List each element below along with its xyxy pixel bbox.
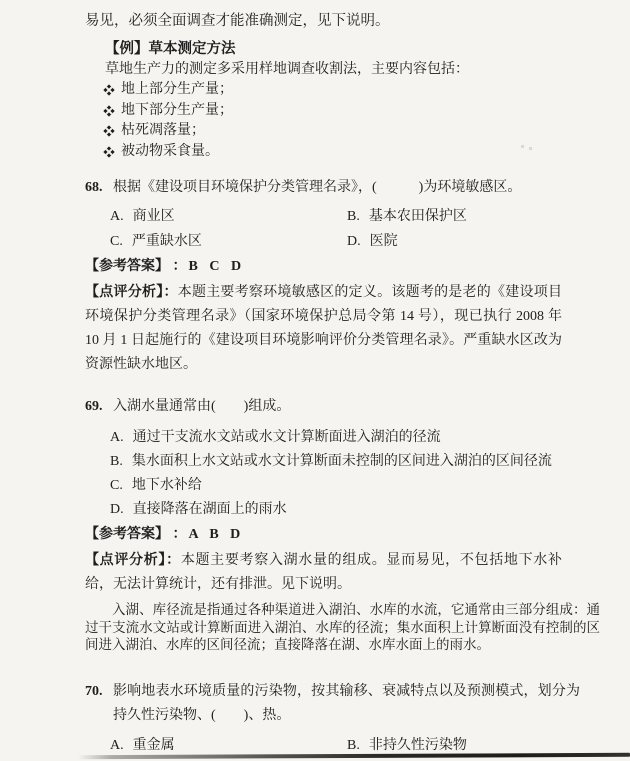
diamond-bullet-icon (103, 126, 114, 137)
analysis-paragraph: 【点评分析】：本题主要考察环境敏感区的定义。该题考的是老的《建设项目环境保护分类… (85, 281, 600, 377)
analysis-label: 【点评分析】： (85, 553, 181, 568)
diamond-bullet-icon (103, 146, 114, 157)
option-text: 重金属 (133, 736, 175, 755)
scanned-document-page: 易见，必须全面调查才能准确测定，见下说明。 【例】草本测定方法 草地生产力的测定… (0, 0, 630, 761)
option-d: D. 直接降落在湖面上的雨水 (110, 498, 600, 522)
option-text: 医院 (370, 232, 398, 251)
question-stem-text: 入湖水量通常由( )组成。 (113, 397, 600, 416)
diamond-bullet-icon (103, 105, 114, 116)
option-label: D. (347, 232, 361, 251)
question-70: 70. 影响地表水环境质量的污染物，按其输移、衰减特点以及预测模式，划分为持久性… (85, 680, 600, 755)
option-label: C. (110, 474, 123, 498)
option-text: 商业区 (133, 207, 175, 226)
bullet-item: 地上部分生产量； (105, 80, 600, 101)
question-stem: 70. 影响地表水环境质量的污染物，按其输移、衰减特点以及预测模式，划分为持久性… (85, 680, 600, 728)
bullet-text: 地上部分生产量； (121, 80, 233, 101)
question-stem: 68. 根据《建设项目环境保护分类管理名录》，( )为环境敏感区。 (85, 178, 600, 197)
option-label: B. (110, 450, 123, 474)
option-text: 严重缺水区 (132, 232, 202, 251)
scan-artifact-dots (521, 145, 535, 151)
option-b: B. 基本农田保护区 (347, 207, 600, 226)
option-text: 直接降落在湖面上的雨水 (133, 498, 287, 522)
option-a: A. 重金属 (110, 736, 347, 755)
diamond-bullet-icon (103, 85, 114, 96)
answer-value: A B D (189, 527, 245, 542)
options-grid: A. 商业区 B. 基本农田保护区 C. 严重缺水区 D. 医院 (110, 207, 600, 251)
option-c: C. 地下水补给 (110, 474, 600, 498)
answer-value: B C D (189, 259, 246, 274)
question-number: 69. (85, 397, 113, 416)
document-content: 易见，必须全面调查才能准确测定，见下说明。 【例】草本测定方法 草地生产力的测定… (0, 0, 630, 761)
note-paragraph: 入湖、库径流是指通过各种渠道进入湖泊、水库的水流，它通常由三部分组成：通过干支流… (85, 601, 600, 654)
question-stem: 69. 入湖水量通常由( )组成。 (85, 397, 600, 416)
answer-line: 【参考答案】 ：B C D (85, 257, 600, 276)
answer-line: 【参考答案】 ：A B D (85, 525, 600, 544)
option-label: A. (110, 207, 124, 226)
option-label: A. (110, 426, 124, 450)
example-block: 【例】草本测定方法 草地生产力的测定多采用样地调查收割法，主要内容包括： 地上部… (105, 39, 600, 162)
question-69: 69. 入湖水量通常由( )组成。 A. 通过干支流水文站或水文计算断面进入湖泊… (85, 397, 600, 654)
example-label: 【例】草本测定方法 (105, 39, 600, 60)
options-grid: A. 重金属 B. 非持久性污染物 (110, 736, 600, 755)
option-label: D. (110, 498, 124, 522)
bullet-text: 枯死凋落量； (121, 121, 205, 142)
option-text: 集水面积上水文站或水文计算断面未控制的区间进入湖泊的区间径流 (132, 450, 552, 474)
option-c: C. 严重缺水区 (110, 232, 347, 251)
intro-line: 易见，必须全面调查才能准确测定，见下说明。 (85, 12, 600, 31)
option-label: C. (110, 232, 123, 251)
option-a: A. 通过干支流水文站或水文计算断面进入湖泊的径流 (110, 426, 600, 450)
bullet-text: 被动物采食量。 (121, 142, 219, 163)
options-list: A. 通过干支流水文站或水文计算断面进入湖泊的径流 B. 集水面积上水文站或水文… (110, 426, 600, 522)
bullet-item: 地下部分生产量； (105, 101, 600, 122)
option-a: A. 商业区 (110, 207, 347, 226)
option-label: B. (347, 207, 360, 226)
option-text: 通过干支流水文站或水文计算断面进入湖泊的径流 (133, 426, 441, 450)
option-text: 非持久性污染物 (369, 736, 467, 755)
option-text: 基本农田保护区 (369, 207, 467, 226)
bullet-item: 枯死凋落量； (105, 121, 600, 142)
option-b: B. 非持久性污染物 (347, 736, 600, 755)
option-d: D. 医院 (347, 232, 600, 251)
question-stem-text: 根据《建设项目环境保护分类管理名录》，( )为环境敏感区。 (113, 178, 600, 197)
option-text: 地下水补给 (132, 474, 202, 498)
option-label: A. (110, 736, 124, 755)
question-68: 68. 根据《建设项目环境保护分类管理名录》，( )为环境敏感区。 A. 商业区… (85, 178, 600, 377)
option-b: B. 集水面积上水文站或水文计算断面未控制的区间进入湖泊的区间径流 (110, 450, 600, 474)
question-number: 68. (85, 178, 113, 197)
bullet-text: 地下部分生产量； (121, 101, 233, 122)
answer-label: 【参考答案】 ： (85, 259, 187, 274)
analysis-paragraph: 【点评分析】：本题主要考察入湖水量的组成。显而易见，不包括地下水补给，无法计算统… (85, 549, 600, 597)
question-number: 70. (85, 680, 113, 728)
question-stem-text: 影响地表水环境质量的污染物，按其输移、衰减特点以及预测模式，划分为持久性污染物、… (113, 680, 600, 728)
example-intro: 草地生产力的测定多采用样地调查收割法，主要内容包括： (105, 60, 600, 81)
answer-label: 【参考答案】 ： (85, 527, 187, 542)
option-label: B. (347, 736, 360, 755)
analysis-label: 【点评分析】： (85, 285, 178, 300)
